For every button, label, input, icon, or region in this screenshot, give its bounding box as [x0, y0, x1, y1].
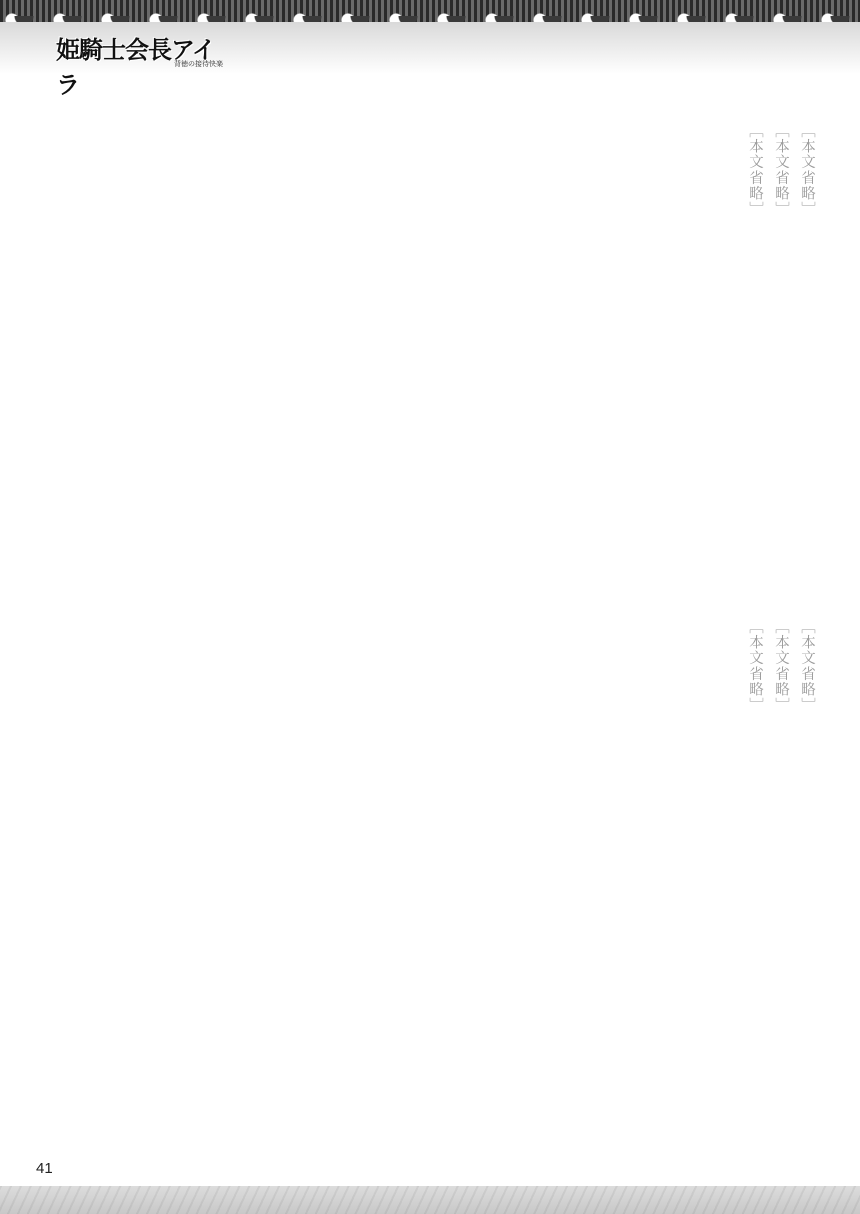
paragraph: ［本文省略］ — [742, 604, 768, 1149]
page-number: 41 — [36, 1160, 53, 1177]
paragraph: ［本文省略］ — [794, 108, 820, 596]
paragraph: ［本文省略］ — [768, 604, 794, 1149]
paragraph: ［本文省略］ — [794, 604, 820, 1149]
text-tier-bottom: ［本文省略］ ［本文省略］ ［本文省略］ — [40, 604, 820, 1149]
text-tier-top: ［本文省略］ ［本文省略］ ［本文省略］ — [40, 108, 820, 596]
title-subtitle: 背徳の接待快楽 — [174, 60, 224, 68]
paragraph: ［本文省略］ — [768, 108, 794, 596]
paragraph: ［本文省略］ — [742, 108, 768, 596]
title-logo: 姫騎士会長アイラ 背徳の接待快楽 — [56, 26, 226, 78]
footer-texture-band — [0, 1186, 860, 1214]
lace-border-decoration — [0, 0, 860, 22]
